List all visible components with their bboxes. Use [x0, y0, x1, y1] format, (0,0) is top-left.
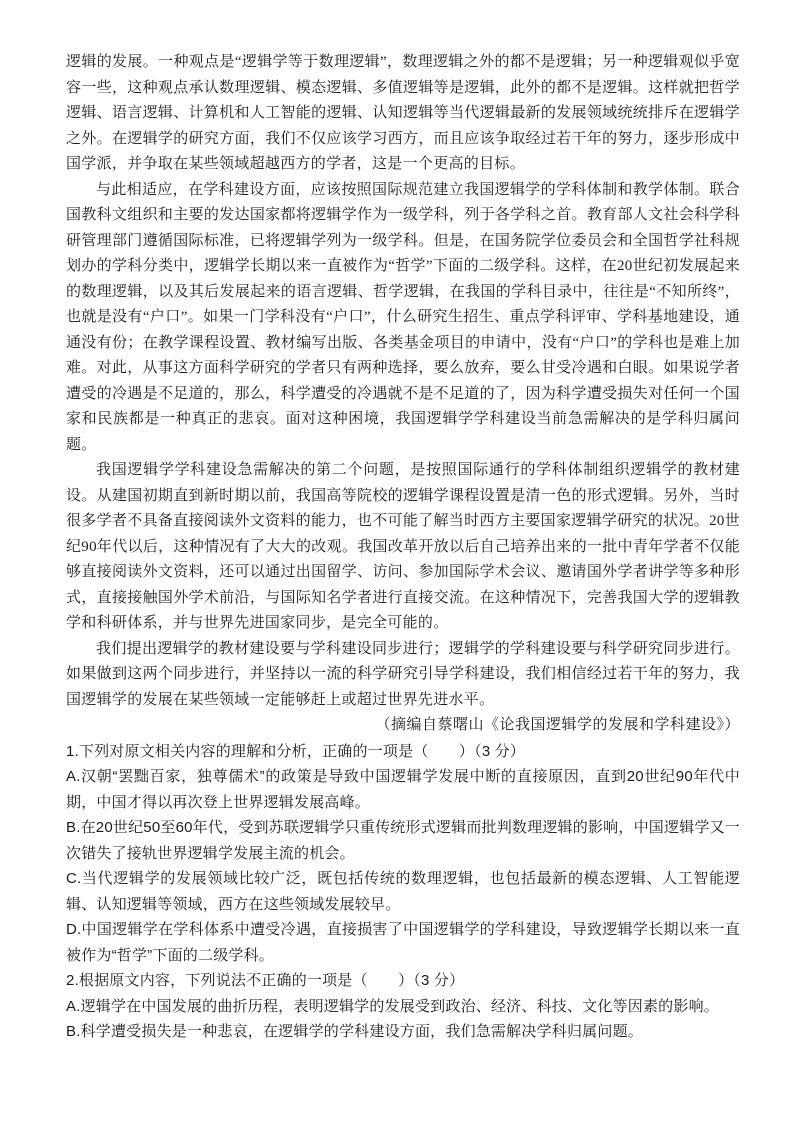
question-1: 1.下列对原文相关内容的理解和分析，正确的一项是（ ）（3 分） A.汉朝“罢黜… [66, 739, 740, 969]
question-2-option-a: A.逻辑学在中国发展的曲折历程，表明逻辑学的发展受到政治、经济、科技、文化等因素… [66, 994, 740, 1020]
passage-paragraph-1: 逻辑的发展。一种观点是“逻辑学等于数理逻辑”，数理逻辑之外的都不是逻辑；另一种逻… [66, 50, 740, 178]
exam-document-page: 逻辑的发展。一种观点是“逻辑学等于数理逻辑”，数理逻辑之外的都不是逻辑；另一种逻… [0, 0, 794, 1123]
question-section: 1.下列对原文相关内容的理解和分析，正确的一项是（ ）（3 分） A.汉朝“罢黜… [66, 739, 740, 1045]
passage-paragraph-2: 与此相适应，在学科建设方面，应该按照国际规范建立我国逻辑学的学科体制和教学体制。… [66, 178, 740, 459]
question-2: 2.根据原文内容，下列说法不正确的一项是（ ）（3 分） A.逻辑学在中国发展的… [66, 968, 740, 1045]
question-1-option-d: D.中国逻辑学在学科体系中遭受冷遇，直接损害了中国逻辑学的学科建设，导致逻辑学长… [66, 917, 740, 968]
question-1-option-b: B.在20世纪50至60年代，受到苏联逻辑学只重传统形式逻辑而批判数理逻辑的影响… [66, 815, 740, 866]
reading-passage: 逻辑的发展。一种观点是“逻辑学等于数理逻辑”，数理逻辑之外的都不是逻辑；另一种逻… [66, 50, 740, 739]
passage-attribution: （摘编自蔡曙山《论我国逻辑学的发展和学科建设》） [66, 713, 740, 739]
question-1-option-c: C.当代逻辑学的发展领域比较广泛，既包括传统的数理逻辑，也包括最新的模态逻辑、人… [66, 866, 740, 917]
passage-paragraph-3: 我国逻辑学学科建设急需解决的第二个问题，是按照国际通行的学科体制组织逻辑学的教材… [66, 458, 740, 637]
passage-paragraph-4: 我们提出逻辑学的教材建设要与学科建设同步进行；逻辑学的学科建设要与科学研究同步进… [66, 637, 740, 714]
question-1-stem: 1.下列对原文相关内容的理解和分析，正确的一项是（ ）（3 分） [66, 739, 740, 765]
question-2-stem: 2.根据原文内容，下列说法不正确的一项是（ ）（3 分） [66, 968, 740, 994]
question-2-option-b: B.科学遭受损失是一种悲哀，在逻辑学的学科建设方面，我们急需解决学科归属问题。 [66, 1019, 740, 1045]
question-1-option-a: A.汉朝“罢黜百家，独尊儒术”的政策是导致中国逻辑学发展中断的直接原因，直到20… [66, 764, 740, 815]
